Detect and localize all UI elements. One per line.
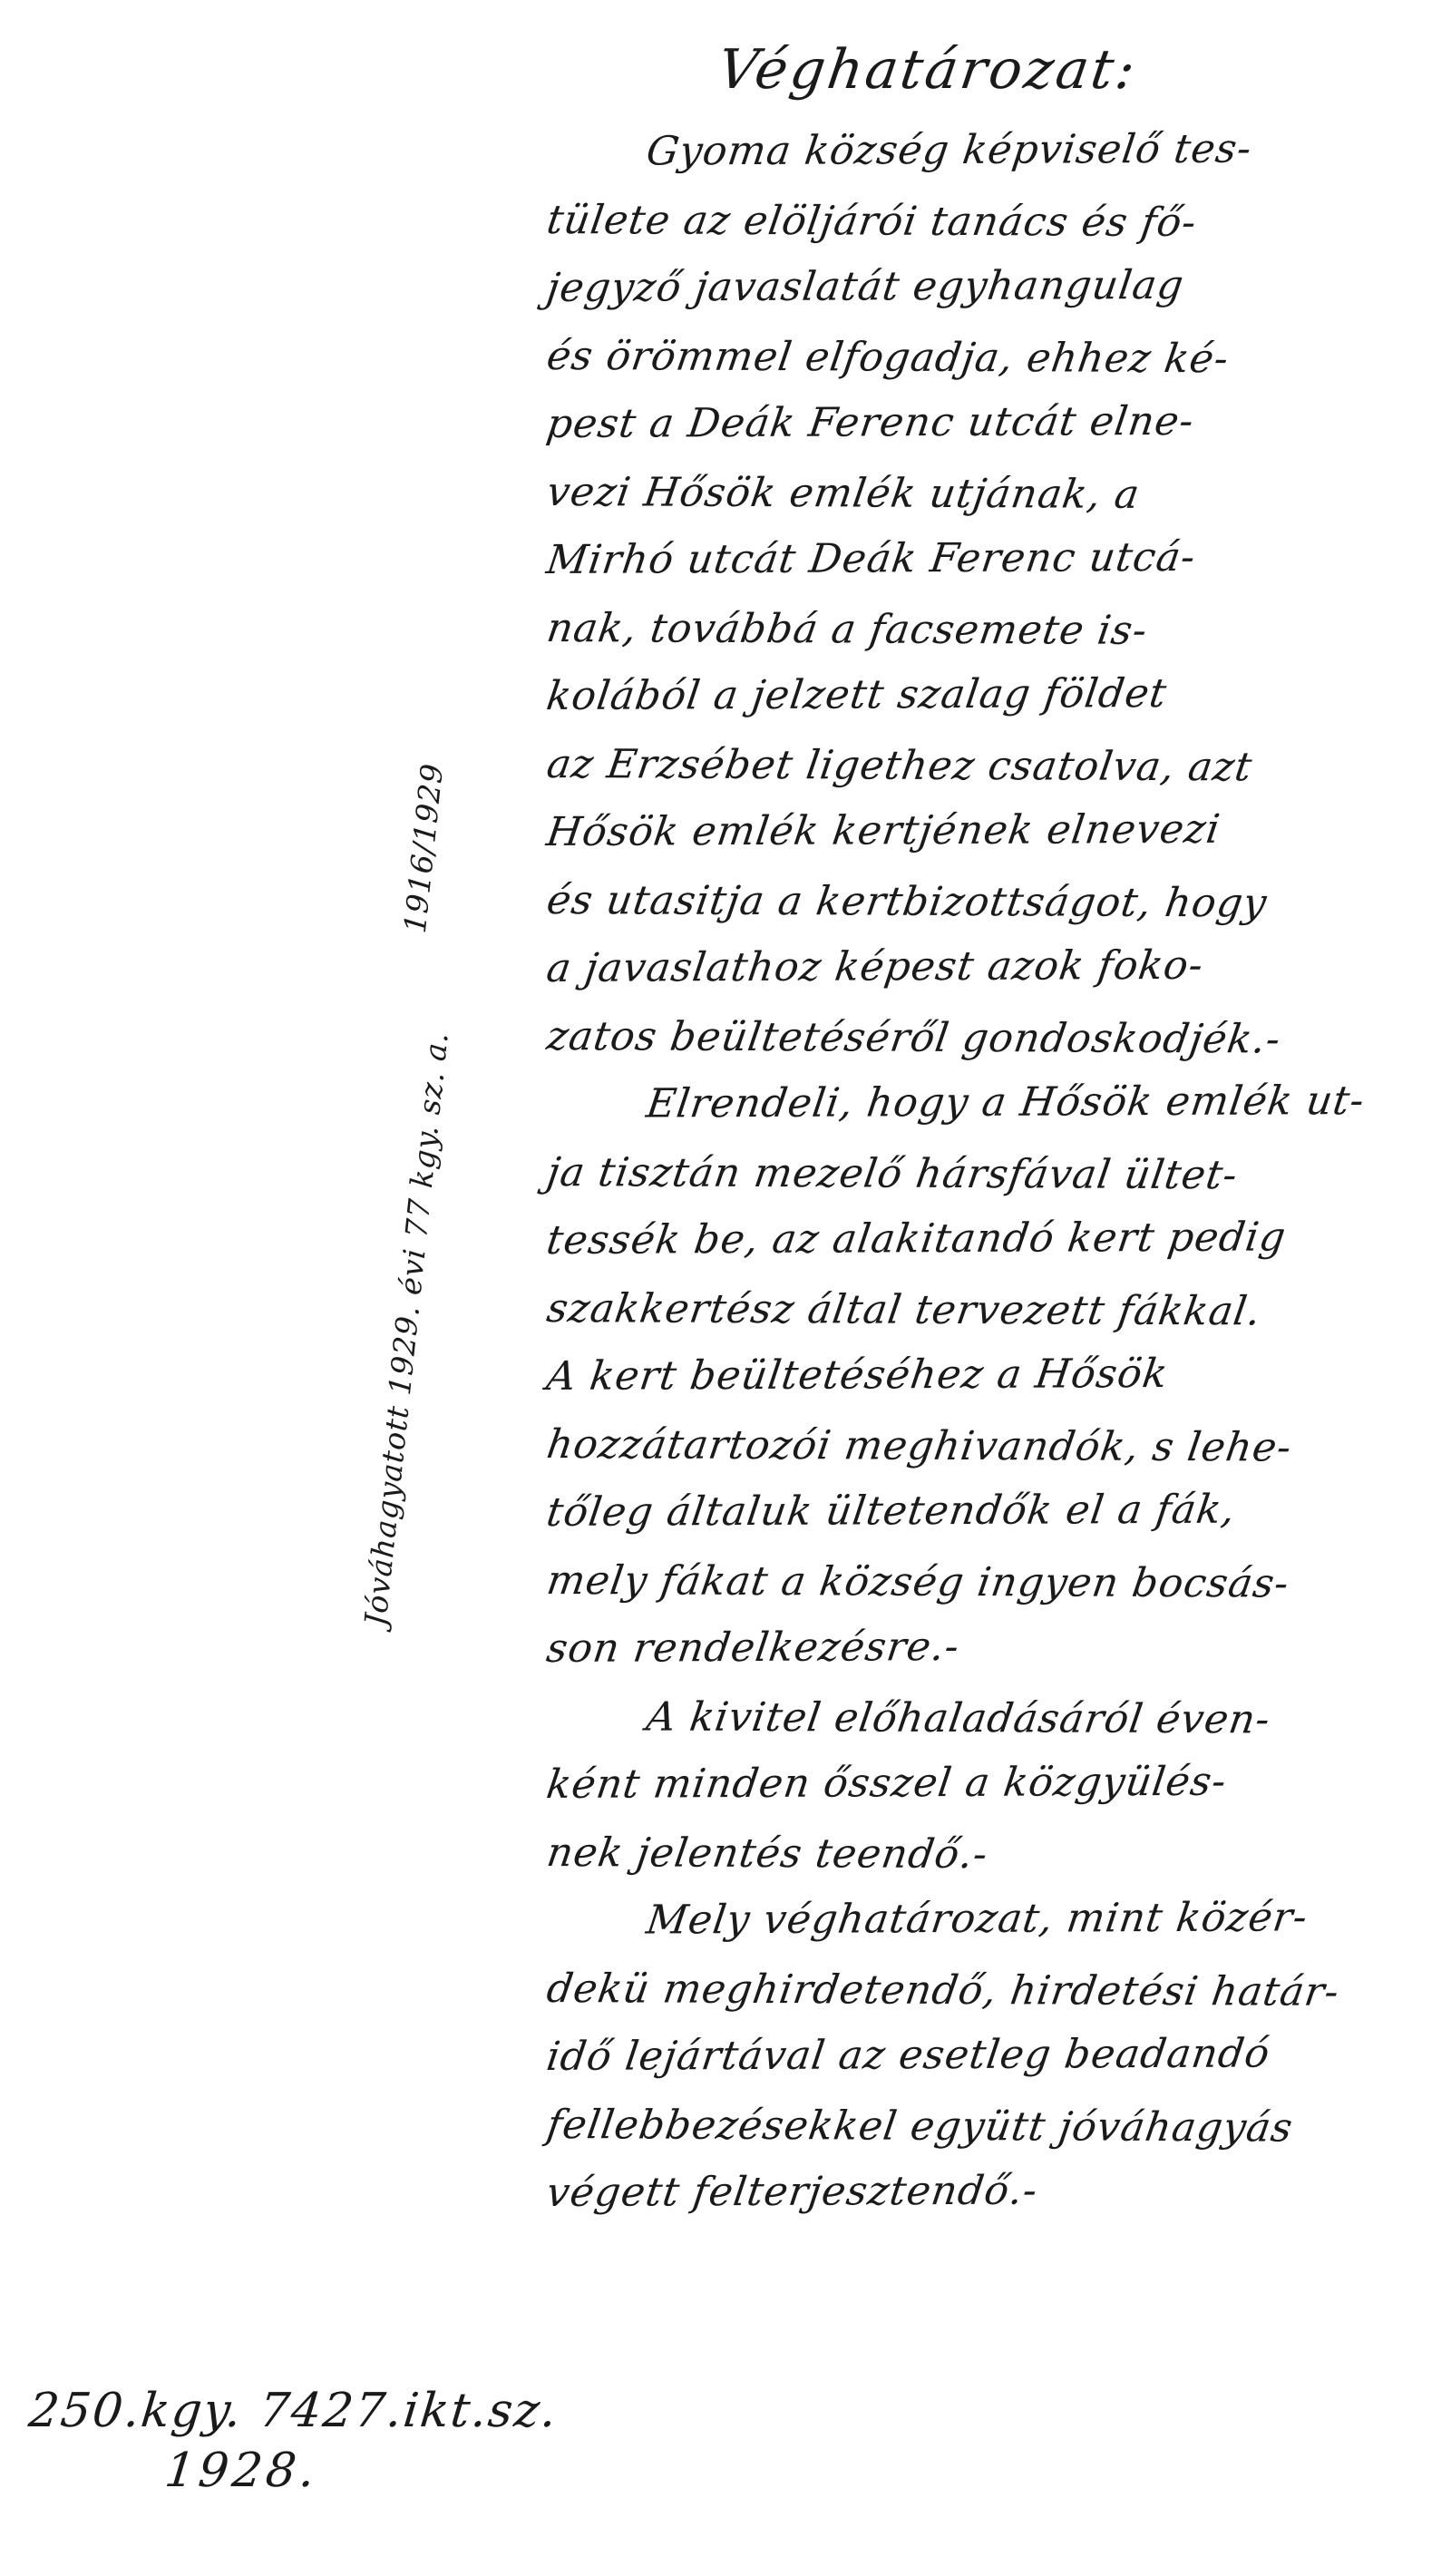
manuscript-line: tőleg általuk ültetendők el a fák,: [542, 1475, 1423, 1547]
manuscript-line: pest a Deák Ferenc utcát elne-: [542, 386, 1423, 458]
manuscript-line: dekü meghirdetendő, hirdetési határ-: [542, 1955, 1422, 2026]
manuscript-line: ja tisztán mezelő hársfával ültet-: [542, 1138, 1422, 1210]
manuscript-line: a javaslathoz képest azok foko-: [542, 931, 1423, 1002]
footer-reference-number: 250.kgy. 7427.ikt.sz.: [26, 2384, 560, 2438]
manuscript-line: son rendelkezésre.-: [542, 1611, 1423, 1683]
manuscript-line: ként minden ősszel a közgyülés-: [542, 1747, 1423, 1819]
footer-year: 1928.: [26, 2444, 560, 2498]
manuscript-title: Véghatározat:: [538, 38, 1417, 102]
manuscript-line: az Erzsébet ligethez csatolva, azt: [542, 730, 1422, 802]
manuscript-line: idő lejártával az esetleg beadandó: [542, 2019, 1423, 2091]
manuscript-line: Mirhó utcát Deák Ferenc utcá-: [542, 522, 1423, 594]
manuscript-line: hozzátartozói meghivandók, s lehe-: [542, 1410, 1422, 1482]
manuscript-body: Véghatározat: Gyoma község képviselő tes…: [542, 38, 1413, 2227]
manuscript-line: szakkertész által tervezett fákkal.: [542, 1274, 1422, 1346]
manuscript-line: tülete az elöljárói tanács és fő-: [542, 186, 1422, 258]
document-page: Véghatározat: Gyoma község képviselő tes…: [0, 0, 1451, 2576]
footer-annotation: 250.kgy. 7427.ikt.sz. 1928.: [29, 2384, 558, 2498]
manuscript-line: A kert beültetéséhez a Hősök: [542, 1339, 1423, 1410]
manuscript-line: mely fákat a község ingyen bocsás-: [542, 1547, 1422, 1618]
margin-note-approval: Jóváhagyatott 1929. évi 77 kgy. sz. a.: [357, 1030, 455, 1628]
manuscript-line: és örömmel elfogadja, ehhez ké-: [542, 322, 1422, 394]
manuscript-line: nak, továbbá a facsemete is-: [542, 594, 1422, 666]
manuscript-line: Hősök emlék kertjének elnevezi: [542, 795, 1423, 866]
manuscript-line: Gyoma község képviselő tes-: [542, 114, 1423, 186]
margin-note-file-number: 1916/1929: [397, 761, 450, 934]
manuscript-line: Elrendeli, hogy a Hősök emlék ut-: [542, 1067, 1423, 1138]
manuscript-line: A kivitel előhaladásáról éven-: [542, 1683, 1422, 1754]
manuscript-line: fellebbezésekkel együtt jóváhagyás: [542, 2091, 1422, 2162]
manuscript-line: és utasitja a kertbizottságot, hogy: [542, 866, 1422, 938]
manuscript-line: tessék be, az alakitandó kert pedig: [542, 1203, 1423, 1274]
manuscript-line: vezi Hősök emlék utjának, a: [542, 458, 1422, 530]
manuscript-line: zatos beültetéséről gondoskodjék.-: [542, 1002, 1422, 1074]
manuscript-line: kolából a jelzett szalag földet: [542, 659, 1423, 730]
manuscript-line: nek jelentés teendő.-: [542, 1819, 1422, 1890]
manuscript-line: végett felterjesztendő.-: [542, 2155, 1423, 2227]
manuscript-line: Mely véghatározat, mint közér-: [542, 1883, 1423, 1955]
manuscript-line: jegyző javaslatát egyhangulag: [542, 250, 1423, 322]
